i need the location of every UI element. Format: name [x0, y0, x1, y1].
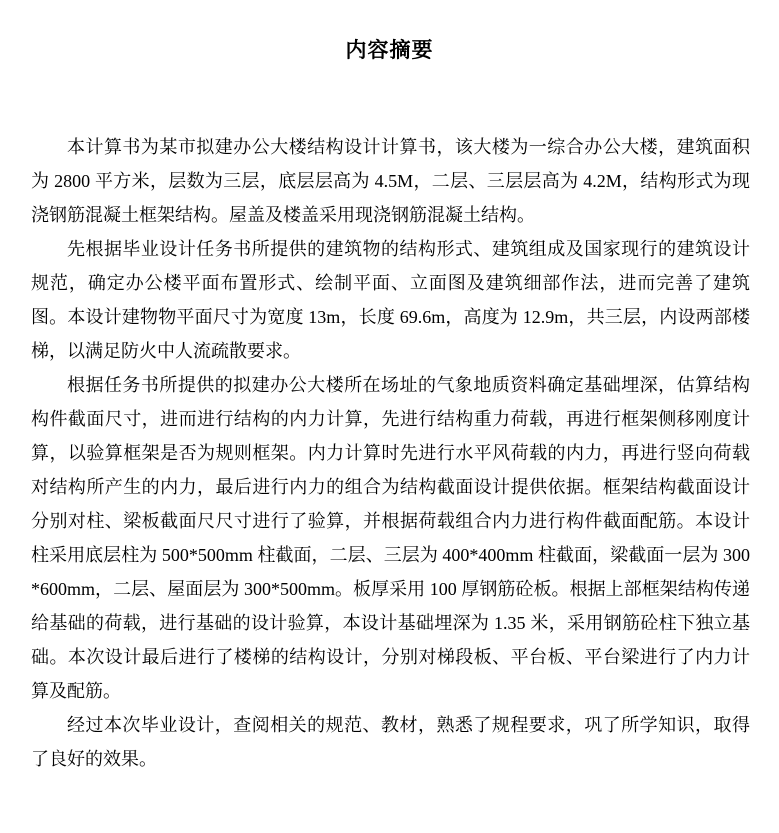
document-body: 本计算书为某市拟建办公大楼结构设计计算书，该大楼为一综合办公大楼，建筑面积为 2… — [31, 130, 750, 776]
page-title: 内容摘要 — [0, 0, 779, 64]
paragraph-structural-calculation: 根据任务书所提供的拟建办公大楼所在场址的气象地质资料确定基础埋深，估算结构构件截… — [31, 368, 750, 708]
document-page: 内容摘要 本计算书为某市拟建办公大楼结构设计计算书，该大楼为一综合办公大楼，建筑… — [0, 0, 779, 833]
paragraph-conclusion: 经过本次毕业设计，查阅相关的规范、教材，熟悉了规程要求，巩了所学知识，取得了良好… — [31, 708, 750, 776]
paragraph-building-overview: 本计算书为某市拟建办公大楼结构设计计算书，该大楼为一综合办公大楼，建筑面积为 2… — [31, 130, 750, 232]
paragraph-architectural-design: 先根据毕业设计任务书所提供的建筑物的结构形式、建筑组成及国家现行的建筑设计规范，… — [31, 232, 750, 368]
